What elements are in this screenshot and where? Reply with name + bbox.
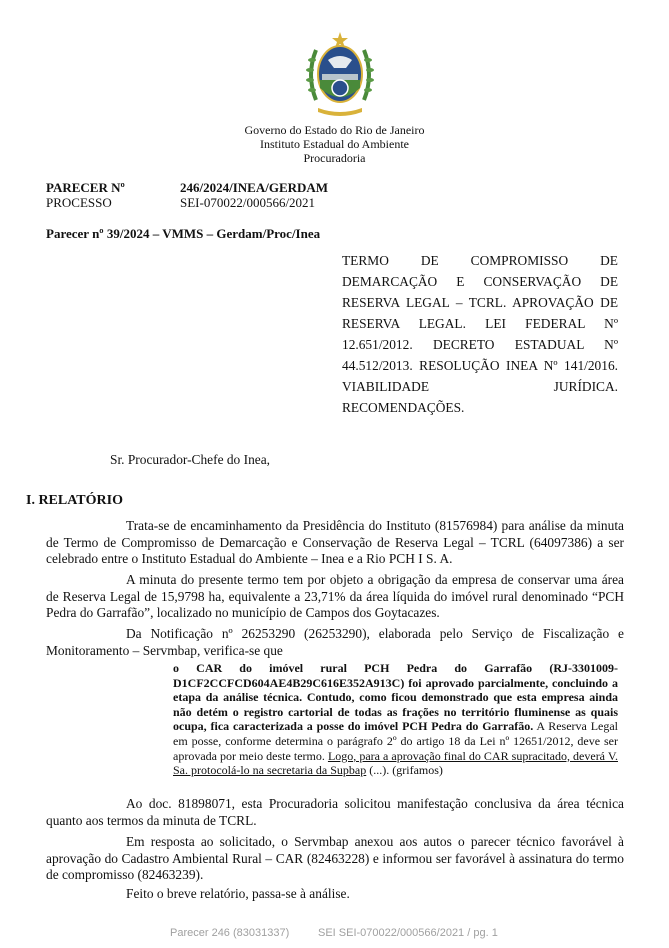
paragraph-text: A minuta do presente termo tem por objet… (46, 572, 624, 620)
header-institute: Instituto Estadual do Ambiente (0, 137, 669, 152)
footer-doc-ref: Parecer 246 (83031337) (170, 927, 289, 939)
paragraph-text: Trata-se de encaminhamento da Presidênci… (46, 518, 624, 566)
paragraph-text: Da Notificação nº 26253290 (26253290), e… (46, 626, 624, 658)
paragraph-text: Feito o breve relatório, passa-se à anál… (126, 886, 350, 901)
paragraph: Feito o breve relatório, passa-se à anál… (46, 886, 624, 903)
ementa-line: VIABILIDADE JURÍDICA. (342, 376, 618, 397)
salutation: Sr. Procurador-Chefe do Inea, (110, 452, 270, 468)
ementa-line: RESERVA LEGAL – TCRL. APROVAÇÃO DE (342, 292, 618, 313)
paragraph-text: Ao doc. 81898071, esta Procuradoria soli… (46, 796, 624, 828)
quote-tail: (...). (grifamos) (366, 763, 443, 777)
paragraph: A minuta do presente termo tem por objet… (46, 572, 624, 622)
ementa-line: RESERVA LEGAL. LEI FEDERAL Nº (342, 313, 618, 334)
parecer-value: 246/2024/INEA/GERDAM (180, 180, 328, 195)
ementa-line: 12.651/2012. DECRETO ESTADUAL Nº (342, 334, 618, 355)
footer-page-ref: SEI SEI-070022/000566/2021 / pg. 1 (318, 927, 498, 939)
paragraph: Da Notificação nº 26253290 (26253290), e… (46, 626, 624, 659)
ementa-line: RECOMENDAÇÕES. (342, 397, 618, 418)
block-quote: o CAR do imóvel rural PCH Pedra do Garra… (173, 661, 618, 778)
parecer-subtitle: Parecer nº 39/2024 – VMMS – Gerdam/Proc/… (46, 226, 320, 242)
header-government: Governo do Estado do Rio de Janeiro (0, 123, 669, 138)
processo-label: PROCESSO (46, 195, 112, 210)
ementa-line: DEMARCAÇÃO E CONSERVAÇÃO DE (342, 271, 618, 292)
section-title-relatorio: I. RELATÓRIO (26, 493, 123, 509)
paragraph: Trata-se de encaminhamento da Presidênci… (46, 518, 624, 568)
parecer-label: PARECER Nº (46, 180, 125, 195)
processo-value: SEI-070022/000566/2021 (180, 195, 315, 210)
header-department: Procuradoria (0, 151, 669, 166)
paragraph: Em resposta ao solicitado, o Servmbap an… (46, 834, 624, 884)
coat-of-arms-icon (302, 30, 378, 120)
state-coat-of-arms (302, 30, 378, 120)
paragraph: Ao doc. 81898071, esta Procuradoria soli… (46, 796, 624, 829)
paragraph-text: Em resposta ao solicitado, o Servmbap an… (46, 834, 624, 882)
ementa-line: TERMO DE COMPROMISSO DE (342, 250, 618, 271)
ementa-line: 44.512/2013. RESOLUÇÃO INEA Nº 141/2016. (342, 355, 618, 376)
ementa: TERMO DE COMPROMISSO DE DEMARCAÇÃO E CON… (342, 250, 618, 418)
